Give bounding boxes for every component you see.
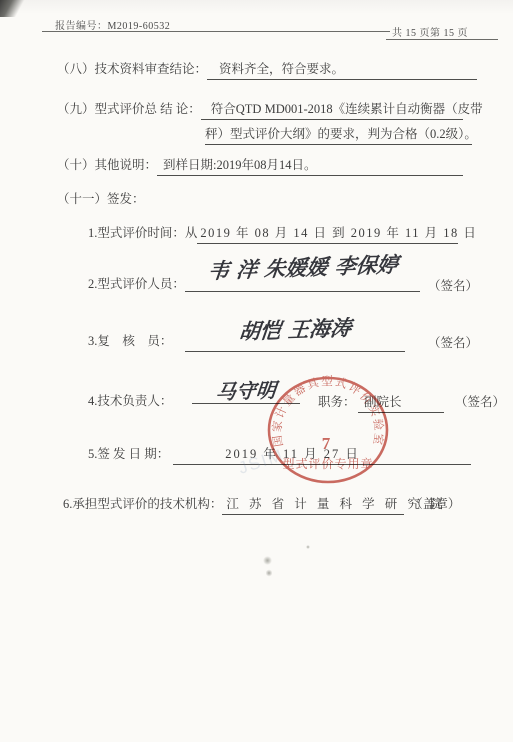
document-page: 报告编号：M2019-60532 共 15 页第 15 页 （八）技术资料审查结… — [0, 0, 513, 742]
tech-director-label: 4.技术负责人： — [88, 391, 172, 409]
section-11-label: （十一）签发： — [57, 192, 145, 206]
section-11: （十一）签发： — [57, 189, 145, 207]
reviewers-signature-line: 胡恺 王海涛 — [185, 314, 405, 352]
section-9-value-line1: 符合QTD MD001-2018《连续累计自动衡器（皮带 — [201, 99, 463, 120]
page-count: 共 15 页第 15 页 — [392, 24, 468, 39]
reviewers-label: 3.复 核 员： — [88, 331, 172, 349]
reviewers-signature: 胡恺 王海涛 — [237, 312, 352, 346]
institution-seal-note: （盖章） — [410, 497, 460, 511]
report-number: 报告编号：M2019-60532 — [55, 17, 170, 32]
official-stamp: 国家计量器具型式评价实验室 7 型式评价专用章 — [263, 373, 395, 491]
evaluators-sign-note: （签名） — [428, 276, 478, 294]
issue-date-label: 5.签 发 日 期： — [88, 447, 169, 461]
evaluators-label: 2.型式评价人员： — [88, 274, 185, 292]
section-9-value-line2: 秤）型式评价大纲》的要求，判为合格（0.2级）。 — [205, 124, 472, 145]
section-8-value: 资料齐全，符合要求。 — [207, 59, 477, 80]
stamp-center-number: 7 — [322, 434, 331, 453]
tech-director-sign-note: （签名） — [455, 392, 505, 410]
section-8: （八）技术资料审查结论：资料齐全，符合要求。 — [57, 59, 477, 80]
eval-time-value: 2019 年 08 月 14 日 到 2019 年 11 月 18 日 — [197, 223, 458, 244]
scan-speck — [266, 569, 272, 577]
scan-corner-artifact — [0, 0, 32, 17]
reviewers-sign-note: （签名） — [428, 333, 478, 351]
section-10: （十）其他说明：到样日期:2019年08月14日。 — [57, 155, 463, 176]
scan-speck — [263, 556, 272, 565]
institution-label: 6.承担型式评价的技术机构： — [63, 497, 222, 511]
section-8-label: （八）技术资料审查结论： — [57, 62, 207, 76]
institution-value: 江 苏 省 计 量 科 学 研 究 院 — [222, 494, 404, 515]
evaluators-signature-line: 韦 洋 朱媛媛 李保婷 — [185, 252, 420, 292]
section-9-continued: 秤）型式评价大纲》的要求，判为合格（0.2级）。 — [205, 124, 472, 145]
signoff-item-6: 6.承担型式评价的技术机构：江 苏 省 计 量 科 学 研 究 院（盖章） — [63, 494, 460, 515]
header-rule-left — [42, 31, 390, 32]
section-10-value: 到样日期:2019年08月14日。 — [157, 155, 463, 176]
signoff-item-1: 1.型式评价时间：从2019 年 08 月 14 日 到 2019 年 11 月… — [88, 223, 458, 244]
section-9: （九）型式评价总 结 论：符合QTD MD001-2018《连续累计自动衡器（皮… — [57, 99, 463, 120]
header-rule-right — [386, 39, 498, 40]
section-10-label: （十）其他说明： — [57, 158, 157, 172]
section-9-label: （九）型式评价总 结 论： — [57, 102, 201, 116]
scan-speck — [306, 545, 310, 549]
evaluators-signature: 韦 洋 朱媛媛 李保婷 — [206, 249, 399, 286]
stamp-bottom-text: 型式评价专用章 — [282, 456, 373, 471]
eval-time-label: 1.型式评价时间：从 — [88, 226, 197, 240]
